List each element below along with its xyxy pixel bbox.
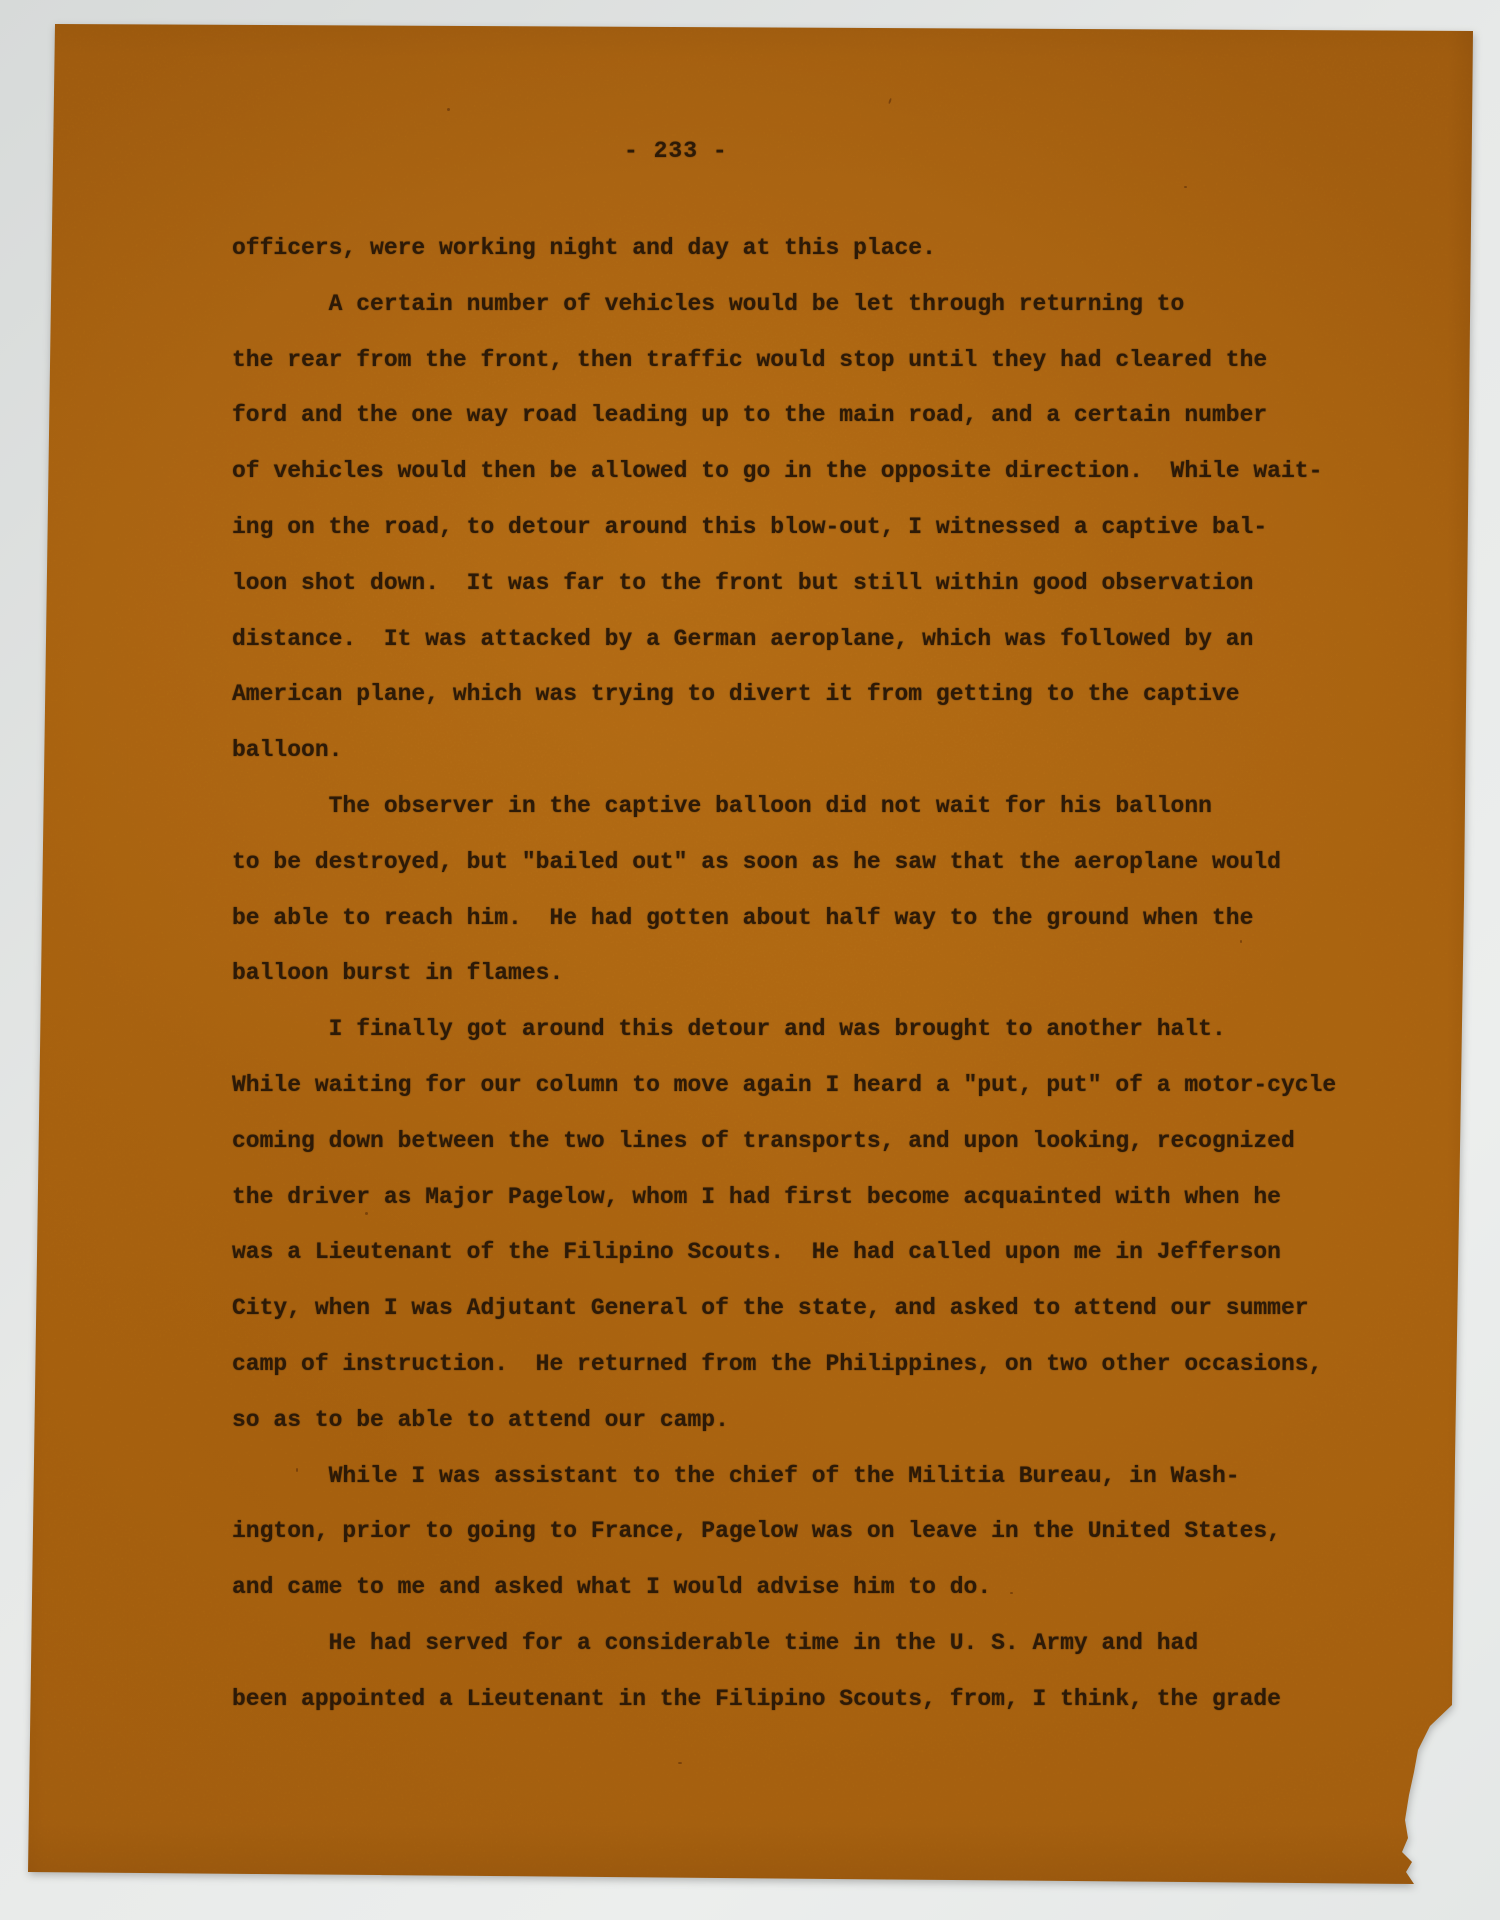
text-line: While I was assistant to the chief of th… <box>232 1449 1392 1505</box>
text-line: the rear from the front, then traffic wo… <box>232 333 1392 389</box>
scan-mat-background: - 233 - officers, were working night and… <box>0 0 1500 1920</box>
paper-speck <box>447 108 450 111</box>
text-line: While waiting for our column to move aga… <box>232 1058 1392 1114</box>
document-page-wrap: - 233 - officers, were working night and… <box>0 0 1500 1920</box>
text-line: He had served for a considerable time in… <box>232 1616 1392 1672</box>
text-line: of vehicles would then be allowed to go … <box>232 444 1392 500</box>
text-line: City, when I was Adjutant General of the… <box>232 1281 1392 1337</box>
paper-speck <box>1184 186 1187 188</box>
text-line: been appointed a Lieutenant in the Filip… <box>232 1672 1392 1728</box>
text-line: The observer in the captive balloon did … <box>232 779 1392 835</box>
text-line: distance. It was attacked by a German ae… <box>232 612 1392 668</box>
text-line: so as to be able to attend our camp. <box>232 1393 1392 1449</box>
page-number: - 233 - <box>624 138 728 164</box>
text-line: and came to me and asked what I would ad… <box>232 1560 1392 1616</box>
text-line: ington, prior to going to France, Pagelo… <box>232 1504 1392 1560</box>
text-line: balloon. <box>232 723 1392 779</box>
paper-speck <box>678 1762 682 1764</box>
text-line: officers, were working night and day at … <box>232 221 1392 277</box>
text-line: be able to reach him. He had gotten abou… <box>232 891 1392 947</box>
text-line: to be destroyed, but "bailed out" as soo… <box>232 835 1392 891</box>
text-line: the driver as Major Pagelow, whom I had … <box>232 1170 1392 1226</box>
text-line: balloon burst in flames. <box>232 946 1392 1002</box>
text-line: was a Lieutenant of the Filipino Scouts.… <box>232 1225 1392 1281</box>
document-page: - 233 - officers, were working night and… <box>0 0 1500 1920</box>
text-line: ing on the road, to detour around this b… <box>232 500 1392 556</box>
text-line: ford and the one way road leading up to … <box>232 388 1392 444</box>
text-line: loon shot down. It was far to the front … <box>232 556 1392 612</box>
text-line: American plane, which was trying to dive… <box>232 667 1392 723</box>
text-line: coming down between the two lines of tra… <box>232 1114 1392 1170</box>
text-line: camp of instruction. He returned from th… <box>232 1337 1392 1393</box>
text-line: A certain number of vehicles would be le… <box>232 277 1392 333</box>
typed-text-block: officers, were working night and day at … <box>232 221 1392 1728</box>
text-line: I finally got around this detour and was… <box>232 1002 1392 1058</box>
